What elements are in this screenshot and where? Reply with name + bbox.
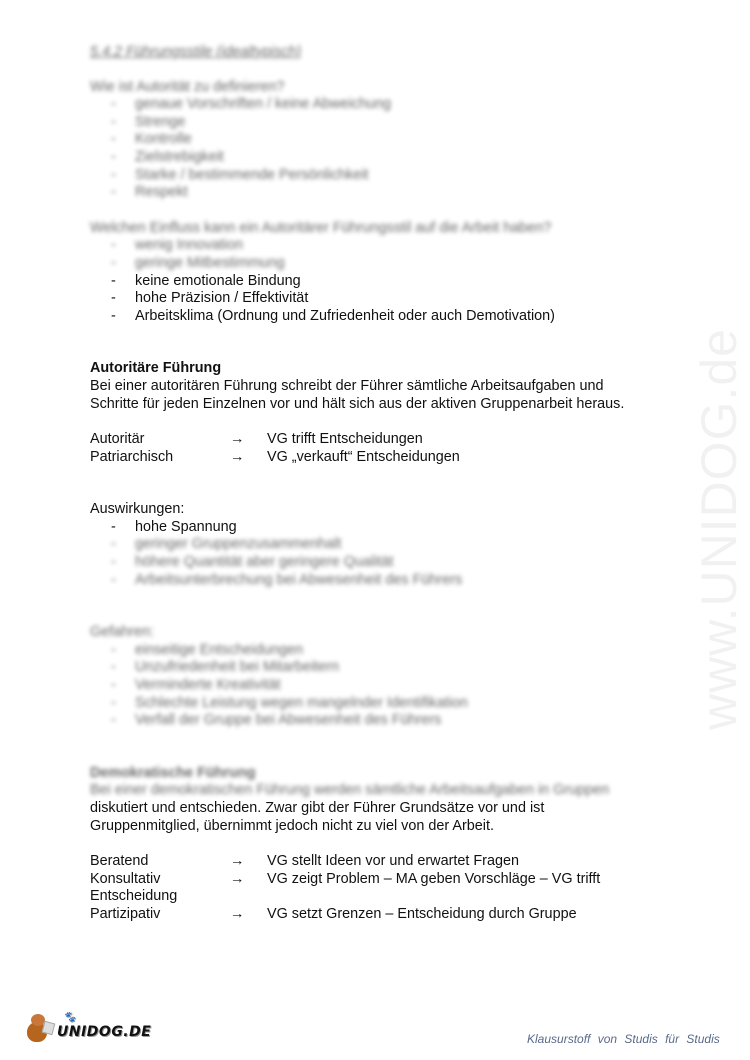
list-item: -hohe Spannung: [90, 519, 670, 537]
list-item-text: Arbeitsunterbrechung bei Abwesenheit des…: [135, 572, 462, 590]
bullet-dash: -: [90, 184, 135, 202]
unidog-logo[interactable]: 🐾 UNIDOG.DE: [25, 1012, 151, 1044]
style-row: Patriarchisch→VG „verkauft“ Entscheidung…: [90, 449, 670, 467]
list-item: -Arbeitsunterbrechung bei Abwesenheit de…: [90, 572, 670, 590]
bullet-dash: -: [90, 677, 135, 695]
democratic-paragraph-line: diskutiert und entschieden. Zwar gibt de…: [90, 800, 670, 818]
democratic-styles: Beratend→VG stellt Ideen vor und erwarte…: [90, 853, 670, 923]
list-item-text: Verminderte Kreativität: [135, 677, 281, 695]
bullet-dash: -: [90, 273, 135, 291]
style-row: Beratend→VG stellt Ideen vor und erwarte…: [90, 853, 670, 871]
bullet-dash: -: [90, 114, 135, 132]
bullet-dash: -: [90, 237, 135, 255]
style-row: Konsultativ→VG zeigt Problem – MA geben …: [90, 871, 670, 889]
bullet-dash: -: [90, 642, 135, 660]
list-item: -Verfall der Gruppe bei Abwesenheit des …: [90, 712, 670, 730]
list-item: -Zielstrebigkeit: [90, 149, 670, 167]
bullet-dash: -: [90, 255, 135, 273]
bullet-dash: -: [90, 695, 135, 713]
list-item-text: geringe Mitbestimmung: [135, 255, 285, 273]
list-item-text: wenig Innovation: [135, 237, 243, 255]
list-item: -Verminderte Kreativität: [90, 677, 670, 695]
dog-mascot-icon: [25, 1012, 53, 1044]
arrow-icon: →: [230, 871, 267, 889]
document-page: www.UNIDOG.de 5.4.2 Führungsstile (ideal…: [0, 0, 750, 1060]
style-row: Autoritär→VG trifft Entscheidungen: [90, 431, 670, 449]
authoritarian-paragraph-line: Bei einer autoritären Führung schreibt d…: [90, 378, 670, 396]
bullet-dash: -: [90, 167, 135, 185]
authoritarian-styles: Autoritär→VG trifft EntscheidungenPatria…: [90, 431, 670, 466]
list-item: -höhere Quantität aber geringere Qualitä…: [90, 554, 670, 572]
style-description: VG stellt Ideen vor und erwartet Fragen: [267, 853, 519, 871]
arrow-icon: →: [230, 431, 267, 449]
question-influence: Welchen Einfluss kann ein Autoritärer Fü…: [90, 220, 670, 238]
style-name: Konsultativ: [90, 871, 230, 889]
style-row: Partizipativ→VG setzt Grenzen – Entschei…: [90, 906, 670, 924]
list-item: -einseitige Entscheidungen: [90, 642, 670, 660]
arrow-icon: →: [230, 853, 267, 871]
list-item-text: Zielstrebigkeit: [135, 149, 224, 167]
section-heading: 5.4.2 Führungsstile (idealtypisch): [90, 44, 670, 62]
logo-label: UNIDOG.DE: [57, 1024, 151, 1040]
question-authority: Wie ist Autorität zu definieren?: [90, 79, 670, 97]
list-item: -Unzufriedenheit bei Mitarbeitern: [90, 659, 670, 677]
effects-label: Auswirkungen:: [90, 501, 670, 519]
watermark: www.UNIDOG.de: [690, 328, 748, 730]
style-description: VG zeigt Problem – MA geben Vorschläge –…: [267, 871, 600, 889]
list-item: -geringer Gruppenzusammenhalt: [90, 536, 670, 554]
list-item-text: Starke / bestimmende Persönlichkeit: [135, 167, 369, 185]
arrow-icon: [230, 888, 267, 906]
list-item-text: Verfall der Gruppe bei Abwesenheit des F…: [135, 712, 441, 730]
bullet-dash: -: [90, 131, 135, 149]
list-item: -geringe Mitbestimmung: [90, 255, 670, 273]
list-item: -Kontrolle: [90, 131, 670, 149]
effects-list: -hohe Spannung-geringer Gruppenzusammenh…: [90, 519, 670, 589]
democratic-paragraph-line: Gruppenmitglied, übernimmt jedoch nicht …: [90, 818, 670, 836]
style-name: Entscheidung: [90, 888, 230, 906]
style-name: Autoritär: [90, 431, 230, 449]
bullet-dash: -: [90, 572, 135, 590]
bullet-dash: -: [90, 96, 135, 114]
dangers-list: -einseitige Entscheidungen-Unzufriedenhe…: [90, 642, 670, 730]
list-item: -Respekt: [90, 184, 670, 202]
style-description: VG trifft Entscheidungen: [267, 431, 423, 449]
list-item-text: Unzufriedenheit bei Mitarbeitern: [135, 659, 339, 677]
list-item-text: höhere Quantität aber geringere Qualität: [135, 554, 393, 572]
list-item: -Strenge: [90, 114, 670, 132]
list-item-text: Kontrolle: [135, 131, 192, 149]
list-item-text: keine emotionale Bindung: [135, 273, 301, 291]
list-item-text: hohe Präzision / Effektivität: [135, 290, 308, 308]
style-description: VG „verkauft“ Entscheidungen: [267, 449, 460, 467]
list-item: -Arbeitsklima (Ordnung und Zufriedenheit…: [90, 308, 670, 326]
style-name: Beratend: [90, 853, 230, 871]
list-item-text: einseitige Entscheidungen: [135, 642, 303, 660]
bullet-dash: -: [90, 519, 135, 537]
bullet-dash: -: [90, 308, 135, 326]
authoritarian-title: Autoritäre Führung: [90, 360, 670, 378]
list-item: -Schlechte Leistung wegen mangelnder Ide…: [90, 695, 670, 713]
style-description: VG setzt Grenzen – Entscheidung durch Gr…: [267, 906, 577, 924]
arrow-icon: →: [230, 906, 267, 924]
logo-text: 🐾 UNIDOG.DE: [57, 1024, 151, 1040]
bullet-dash: -: [90, 712, 135, 730]
dangers-label: Gefahren:: [90, 624, 670, 642]
style-row: Entscheidung: [90, 888, 670, 906]
list-item-text: hohe Spannung: [135, 519, 237, 537]
bullet-dash: -: [90, 536, 135, 554]
document-content: 5.4.2 Führungsstile (idealtypisch) Wie i…: [90, 44, 670, 924]
list-item-text: genaue Vorschriften / keine Abweichung: [135, 96, 391, 114]
list-item-text: Schlechte Leistung wegen mangelnder Iden…: [135, 695, 468, 713]
list-item: -wenig Innovation: [90, 237, 670, 255]
authority-list: -genaue Vorschriften / keine Abweichung-…: [90, 96, 670, 202]
bullet-dash: -: [90, 554, 135, 572]
list-item: -genaue Vorschriften / keine Abweichung: [90, 96, 670, 114]
list-item-text: Arbeitsklima (Ordnung und Zufriedenheit …: [135, 308, 555, 326]
democratic-title: Demokratische Führung: [90, 765, 670, 783]
list-item: -keine emotionale Bindung: [90, 273, 670, 291]
democratic-paragraph-line: Bei einer demokratischen Führung werden …: [90, 782, 670, 800]
bullet-dash: -: [90, 659, 135, 677]
list-item: -hohe Präzision / Effektivität: [90, 290, 670, 308]
footer-tagline: Klausurstoff von Studis für Studis: [527, 1032, 720, 1046]
list-item-text: geringer Gruppenzusammenhalt: [135, 536, 341, 554]
style-name: Partizipativ: [90, 906, 230, 924]
arrow-icon: →: [230, 449, 267, 467]
style-name: Patriarchisch: [90, 449, 230, 467]
list-item-text: Strenge: [135, 114, 185, 132]
list-item: -Starke / bestimmende Persönlichkeit: [90, 167, 670, 185]
authoritarian-paragraph-line: Schritte für jeden Einzelnen vor und häl…: [90, 396, 670, 414]
list-item-text: Respekt: [135, 184, 188, 202]
bullet-dash: -: [90, 290, 135, 308]
influence-list: -wenig Innovation-geringe Mitbestimmung-…: [90, 237, 670, 325]
paw-icon: 🐾: [63, 1012, 76, 1023]
bullet-dash: -: [90, 149, 135, 167]
